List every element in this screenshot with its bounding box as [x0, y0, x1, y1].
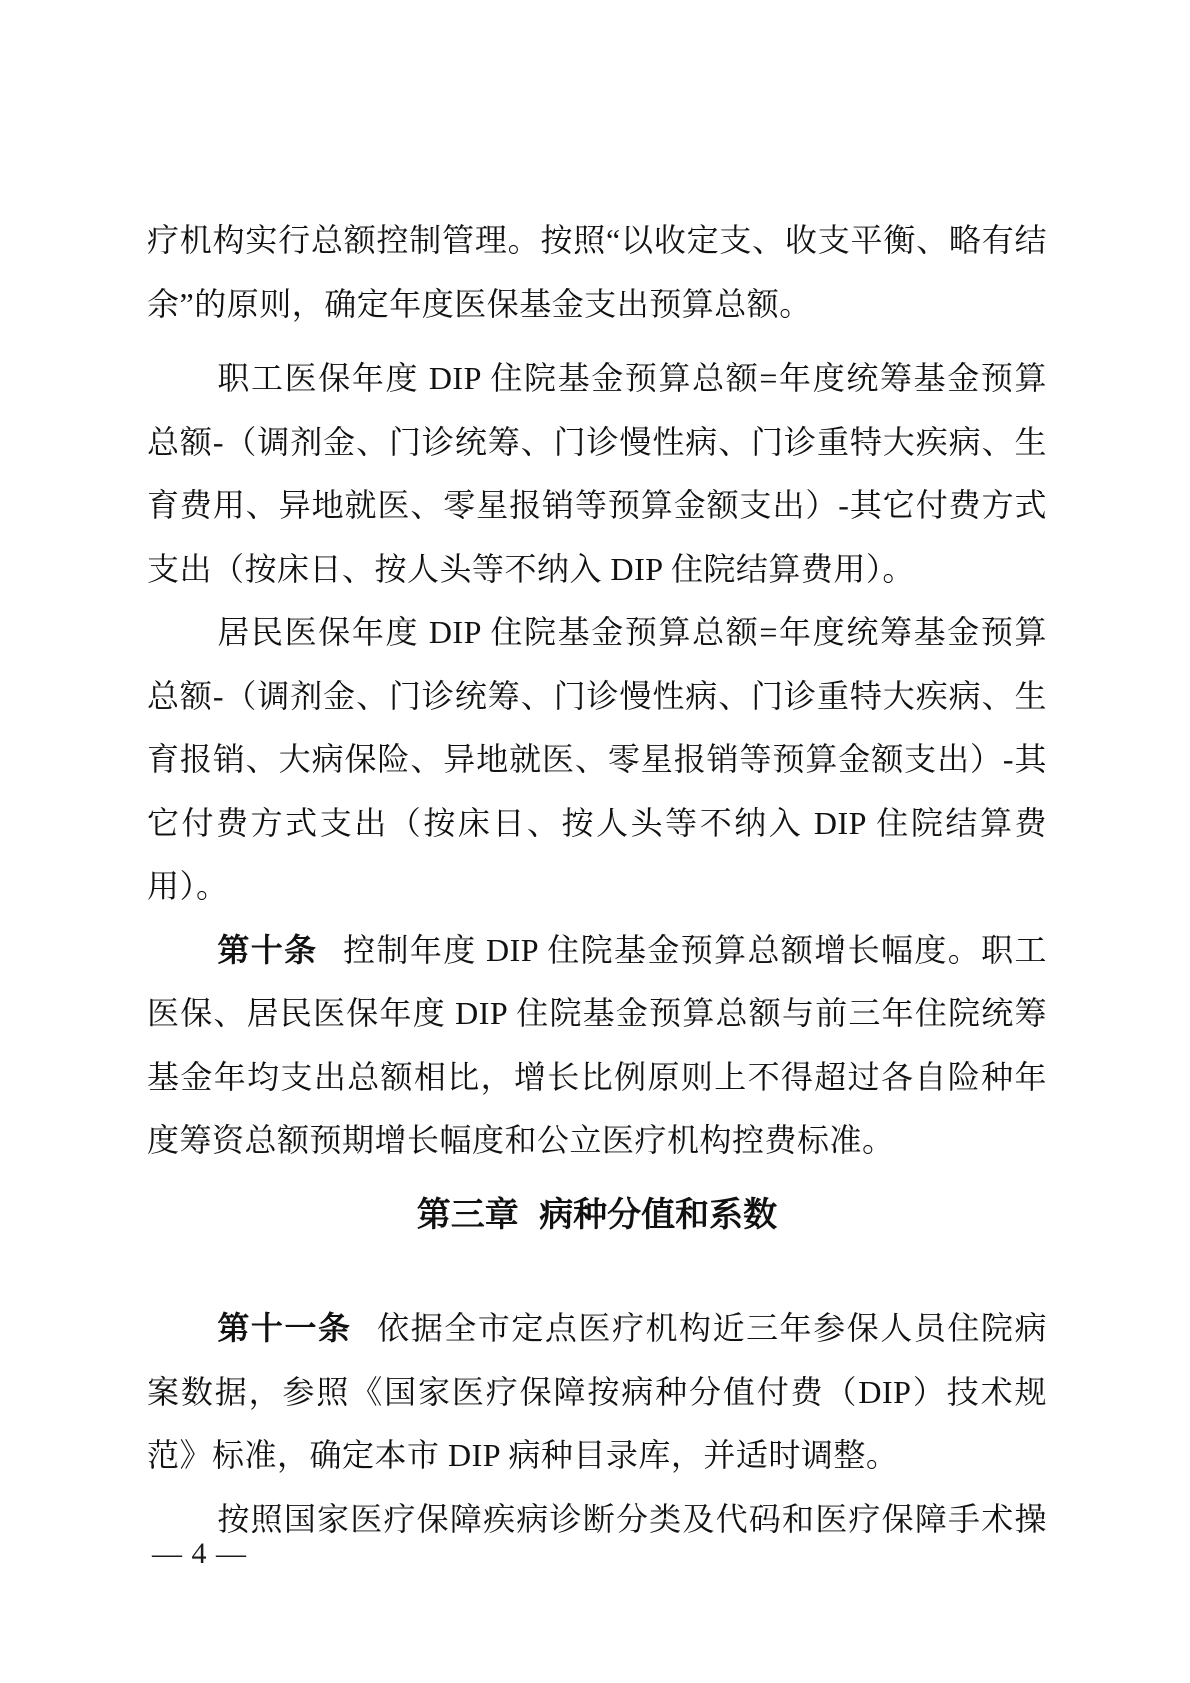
paragraph-article-10: 第十条控制年度 DIP 住院基金预算总额增长幅度。职工医保、居民医保年度 DIP… — [147, 919, 1047, 1173]
article-10-number: 第十条 — [217, 932, 317, 968]
paragraph-trailing: 按照国家医疗保障疾病诊断分类及代码和医疗保障手术操 — [147, 1488, 1047, 1552]
article-11-number: 第十一条 — [217, 1310, 351, 1346]
paragraph-article-11: 第十一条依据全市定点医疗机构近三年参保人员住院病案数据，参照《国家医疗保障按病种… — [147, 1297, 1047, 1488]
paragraph-employee-formula: 职工医保年度 DIP 住院基金预算总额=年度统筹基金预算总额-（调剂金、门诊统筹… — [147, 347, 1047, 601]
page-number: — 4 — — [152, 1538, 247, 1570]
chapter-title: 病种分值和系数 — [539, 1196, 777, 1234]
chapter-heading: 第三章病种分值和系数 — [147, 1184, 1047, 1248]
paragraph-resident-formula: 居民医保年度 DIP 住院基金预算总额=年度统筹基金预算总额-（调剂金、门诊统筹… — [147, 601, 1047, 919]
paragraph-continuation: 疗机构实行总额控制管理。按照“以收定支、收支平衡、略有结余”的原则，确定年度医保… — [147, 209, 1047, 336]
chapter-number: 第三章 — [417, 1196, 519, 1234]
page-body: 疗机构实行总额控制管理。按照“以收定支、收支平衡、略有结余”的原则，确定年度医保… — [147, 209, 1047, 1551]
document-page: 疗机构实行总额控制管理。按照“以收定支、收支平衡、略有结余”的原则，确定年度医保… — [0, 0, 1190, 1683]
